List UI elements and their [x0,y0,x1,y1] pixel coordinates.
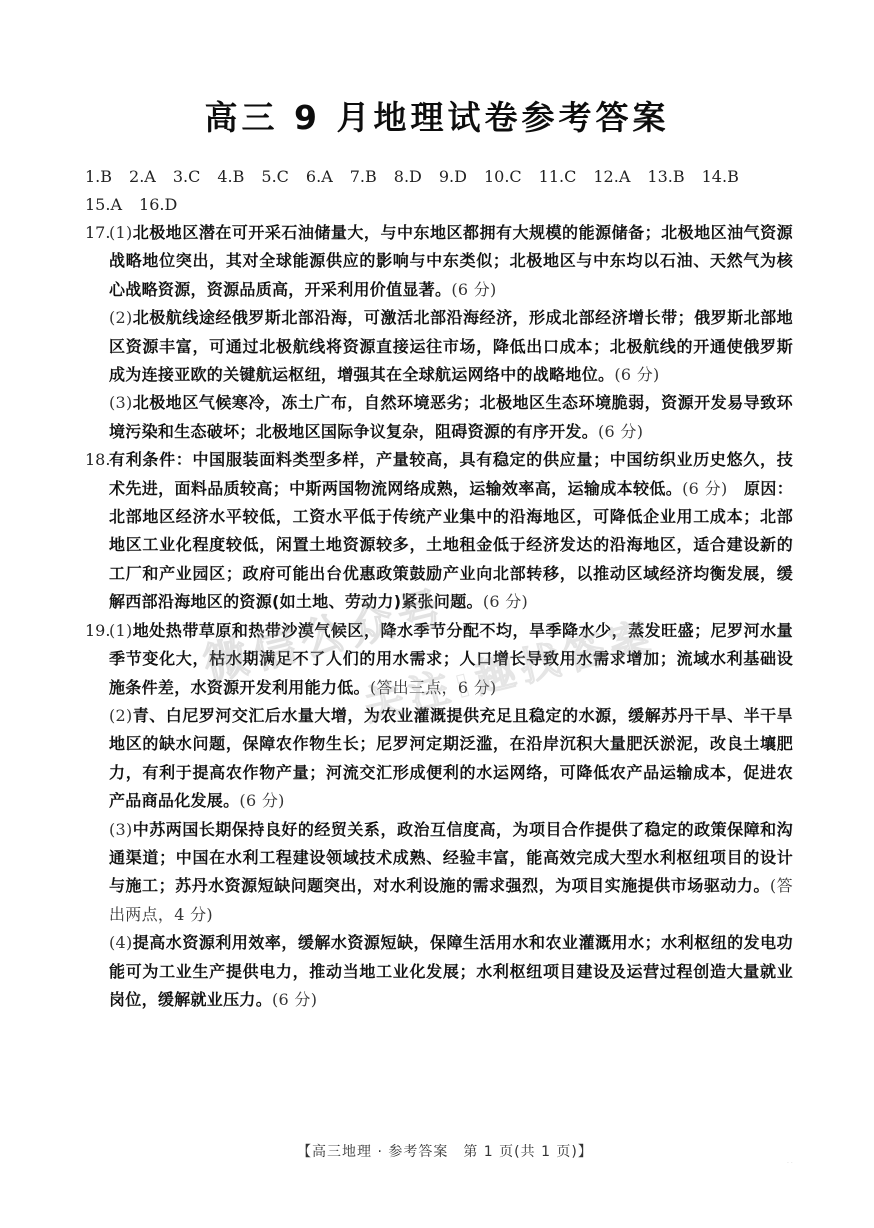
score-note: (答出三点，6 分) [370,678,497,697]
choice-answers-row-1: 1.B2.A3.C4.B5.C6.A7.B8.D9.D10.C11.C12.A1… [85,163,805,191]
question-17: 17. (1)北极地区潜在可开采石油储量大，与中东地区都拥有大规模的能源储备；北… [85,219,793,446]
answer-body: 17. (1)北极地区潜在可开采石油储量大，与中东地区都拥有大规模的能源储备；北… [85,219,793,1014]
choice-answer: 15.A [85,191,122,219]
question-18: 18. 有利条件：中国服装面料类型多样，产量较高，具有稳定的供应量；中国纺织业历… [85,446,793,616]
choice-answer: 1.B [85,163,112,191]
score-note: (6 分) [483,592,528,611]
choice-answer: 14.B [702,163,739,191]
score-note: (6 分) [272,990,317,1009]
question-17-part-1: (1)北极地区潜在可开采石油储量大，与中东地区都拥有大规模的能源储备；北极地区油… [109,219,793,304]
score-note: (6 分) [682,479,727,498]
question-number: 19. [85,617,110,645]
score-note: (6 分) [239,791,284,810]
question-number: 17. [85,219,110,247]
choice-answer: 11.C [539,163,577,191]
question-19-part-4: (4)提高水资源利用效率，缓解水资源短缺，保障生活用水和农业灌溉用水；水利枢纽的… [109,929,793,1014]
choice-answer: 3.C [173,163,201,191]
question-17-part-2: (2)北极航线途经俄罗斯北部沿海，可激活北部沿海经济，形成北部经济增长带；俄罗斯… [109,304,793,389]
page-title: 高三 9 月地理试卷参考答案 [0,92,874,139]
question-18-body: 有利条件：中国服装面料类型多样，产量较高，具有稳定的供应量；中国纺织业历史悠久，… [109,446,793,616]
score-note: (6 分) [451,280,496,299]
scan-artifact: · · [787,1160,793,1167]
choice-answer: 5.C [261,163,289,191]
question-19-part-3: (3)中苏两国长期保持良好的经贸关系，政治互信度高，为项目合作提供了稳定的政策保… [109,816,793,930]
choice-answer: 8.D [394,163,422,191]
choice-answer: 10.C [484,163,522,191]
question-19: 19. (1)地处热带草原和热带沙漠气候区，降水季节分配不均，旱季降水少，蒸发旺… [85,617,793,1015]
choice-answer: 6.A [306,163,333,191]
score-note: (6 分) [614,365,659,384]
answer-sheet-page: 高三 9 月地理试卷参考答案 1.B2.A3.C4.B5.C6.A7.B8.D9… [0,0,874,1228]
choice-answers-row-2: 15.A16.D [85,191,805,219]
choice-answer: 2.A [129,163,156,191]
question-19-part-2: (2)青、白尼罗河交汇后水量大增，为农业灌溉提供充足且稳定的水源，缓解苏丹干旱、… [109,702,793,816]
choice-answer: 4.B [217,163,244,191]
choice-answer: 13.B [647,163,684,191]
score-note: (6 分) [598,422,643,441]
choice-answer: 16.D [139,191,177,219]
choice-answer: 12.A [593,163,630,191]
question-17-part-3: (3)北极地区气候寒冷，冻土广布，自然环境恶劣；北极地区生态环境脆弱，资源开发易… [109,389,793,446]
choice-answer: 9.D [439,163,467,191]
choice-answers: 1.B2.A3.C4.B5.C6.A7.B8.D9.D10.C11.C12.A1… [85,163,805,219]
question-number: 18. [85,446,110,474]
question-19-part-1: (1)地处热带草原和热带沙漠气候区，降水季节分配不均，旱季降水少，蒸发旺盛；尼罗… [109,617,793,702]
choice-answer: 7.B [350,163,377,191]
page-footer: 【高三地理 · 参考答案 第 1 页(共 1 页)】 [297,1141,593,1161]
